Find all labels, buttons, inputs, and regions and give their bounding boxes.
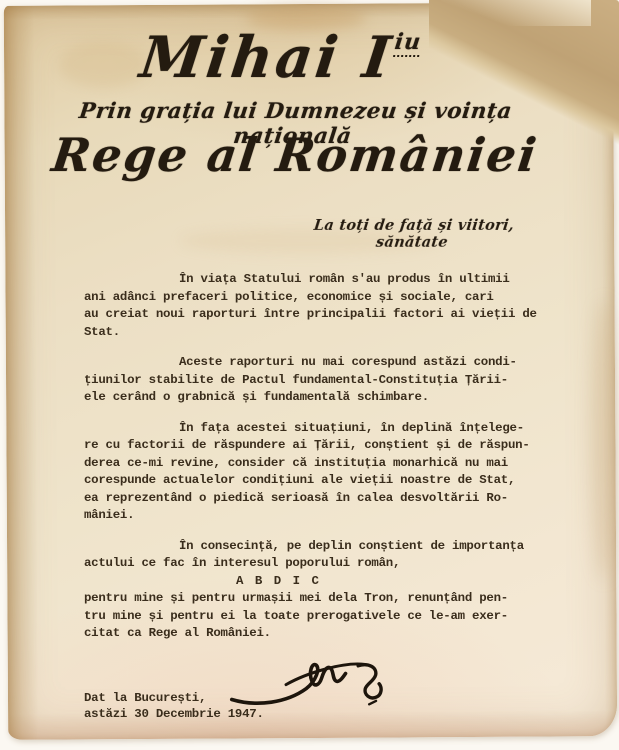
typed-line: În viața Statului român s'au produs în u… [84,271,568,289]
typed-line: derea ce-mi revine, consider că instituț… [84,455,568,473]
typed-line: citat ca Rege al României. [84,625,568,643]
abdication-document-scan: Mihai Iiu Prin grația lui Dumnezeu și vo… [0,0,619,750]
typed-line: re cu factorii de răspundere ai Țării, c… [84,437,568,455]
typed-line: ea reprezentând o piedică serioasă în ca… [84,490,568,508]
typed-line: ele cerând o grabnică și fundamentală sc… [84,389,568,407]
typed-line: ani adânci prefaceri politice, economice… [84,289,568,307]
typed-line: țiunilor stabilite de Pactul fundamental… [84,372,568,390]
salutation-line: La toți de față și viitori, sănătate [280,217,546,251]
paragraph-2: Aceste raporturi nu mai corespund astăzi… [84,354,568,407]
typed-line: au creiat noui raporturi între principal… [84,306,568,324]
typed-line: Aceste raporturi nu mai corespund astăzi… [84,354,568,372]
title-text: Mihai I [137,24,398,91]
typed-body: În viața Statului român s'au produs în u… [84,271,568,656]
signature-mihai [226,643,407,722]
abdic-declaration: A B D I C [84,573,568,591]
typed-line: corespunde actualelor condițiuni ale vie… [84,472,568,490]
typed-line: pentru mine și pentru urmașii mei dela T… [84,590,568,608]
document-content: Mihai Iiu Prin grația lui Dumnezeu și vo… [0,0,619,750]
typed-line: În fața acestei situațiuni, în deplină î… [84,420,568,438]
typed-line: Stat. [84,324,568,342]
typed-line: mâniei. [84,507,568,525]
typed-line: În consecință, pe deplin conștient de im… [84,538,568,556]
royal-title-line: Rege al României [17,128,574,182]
paragraph-1: În viața Statului român s'au produs în u… [84,271,568,341]
typed-line: tru mine și pentru ei la toate prerogati… [84,608,568,626]
typed-line: actului ce fac în interesul poporului ro… [84,555,568,573]
paragraph-4: În consecință, pe deplin conștient de im… [84,538,568,573]
document-title: Mihai Iiu [0,24,564,91]
paragraph-5: pentru mine și pentru urmașii mei dela T… [84,590,568,643]
title-ordinal-suffix: iu [393,29,423,57]
paragraph-3: În fața acestei situațiuni, în deplină î… [84,420,568,525]
